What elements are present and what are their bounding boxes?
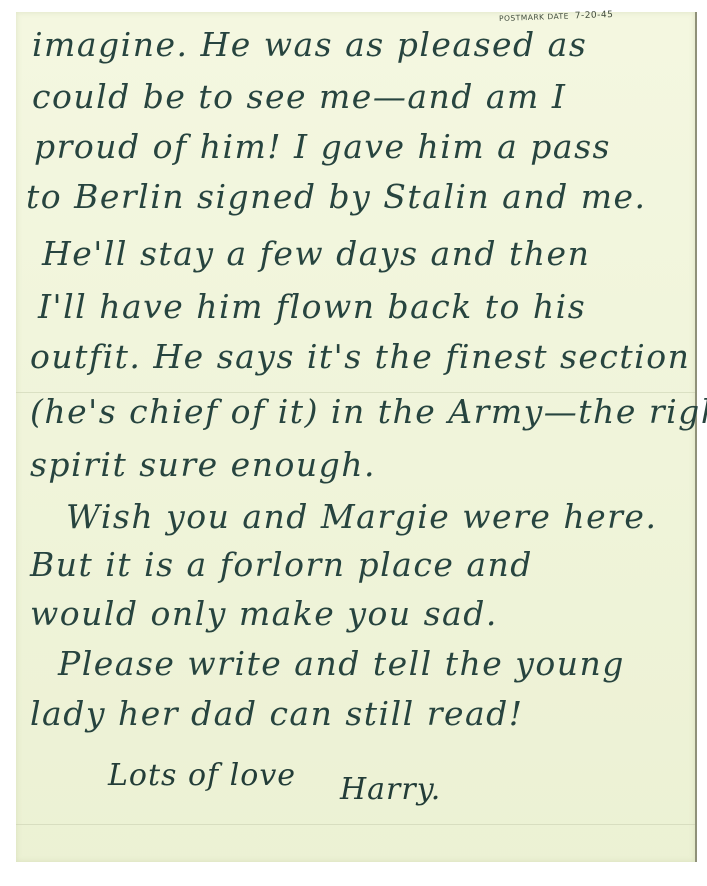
letter-line: lady her dad can still read!	[30, 697, 524, 730]
letter-line: Wish you and Margie were here.	[66, 500, 657, 533]
letter-line: I'll have him flown back to his	[38, 290, 586, 323]
letter-line: could be to see me—and am I	[32, 80, 566, 113]
postmark-date: 7-20-45	[575, 10, 614, 21]
letter-line: imagine. He was as pleased as	[32, 28, 587, 61]
letter-line: to Berlin signed by Stalin and me.	[26, 180, 647, 213]
letter-line: proud of him! I gave him a pass	[34, 130, 611, 163]
letter-line: (he's chief of it) in the Army—the right	[30, 395, 707, 428]
fold-crease	[16, 824, 695, 825]
postmark-label: POSTMARK DATE	[499, 12, 569, 23]
letter-line: outfit. He says it's the finest section	[30, 340, 690, 373]
letter-line: spirit sure enough.	[30, 448, 376, 481]
letter-line: He'll stay a few days and then	[42, 237, 590, 270]
letter-line: would only make you sad.	[30, 597, 498, 630]
letter-line: But it is a forlorn place and	[30, 548, 533, 581]
letter-signature: Harry.	[340, 772, 441, 807]
letter-line: Please write and tell the young	[58, 647, 625, 680]
letter-closing: Lots of love	[108, 758, 296, 793]
